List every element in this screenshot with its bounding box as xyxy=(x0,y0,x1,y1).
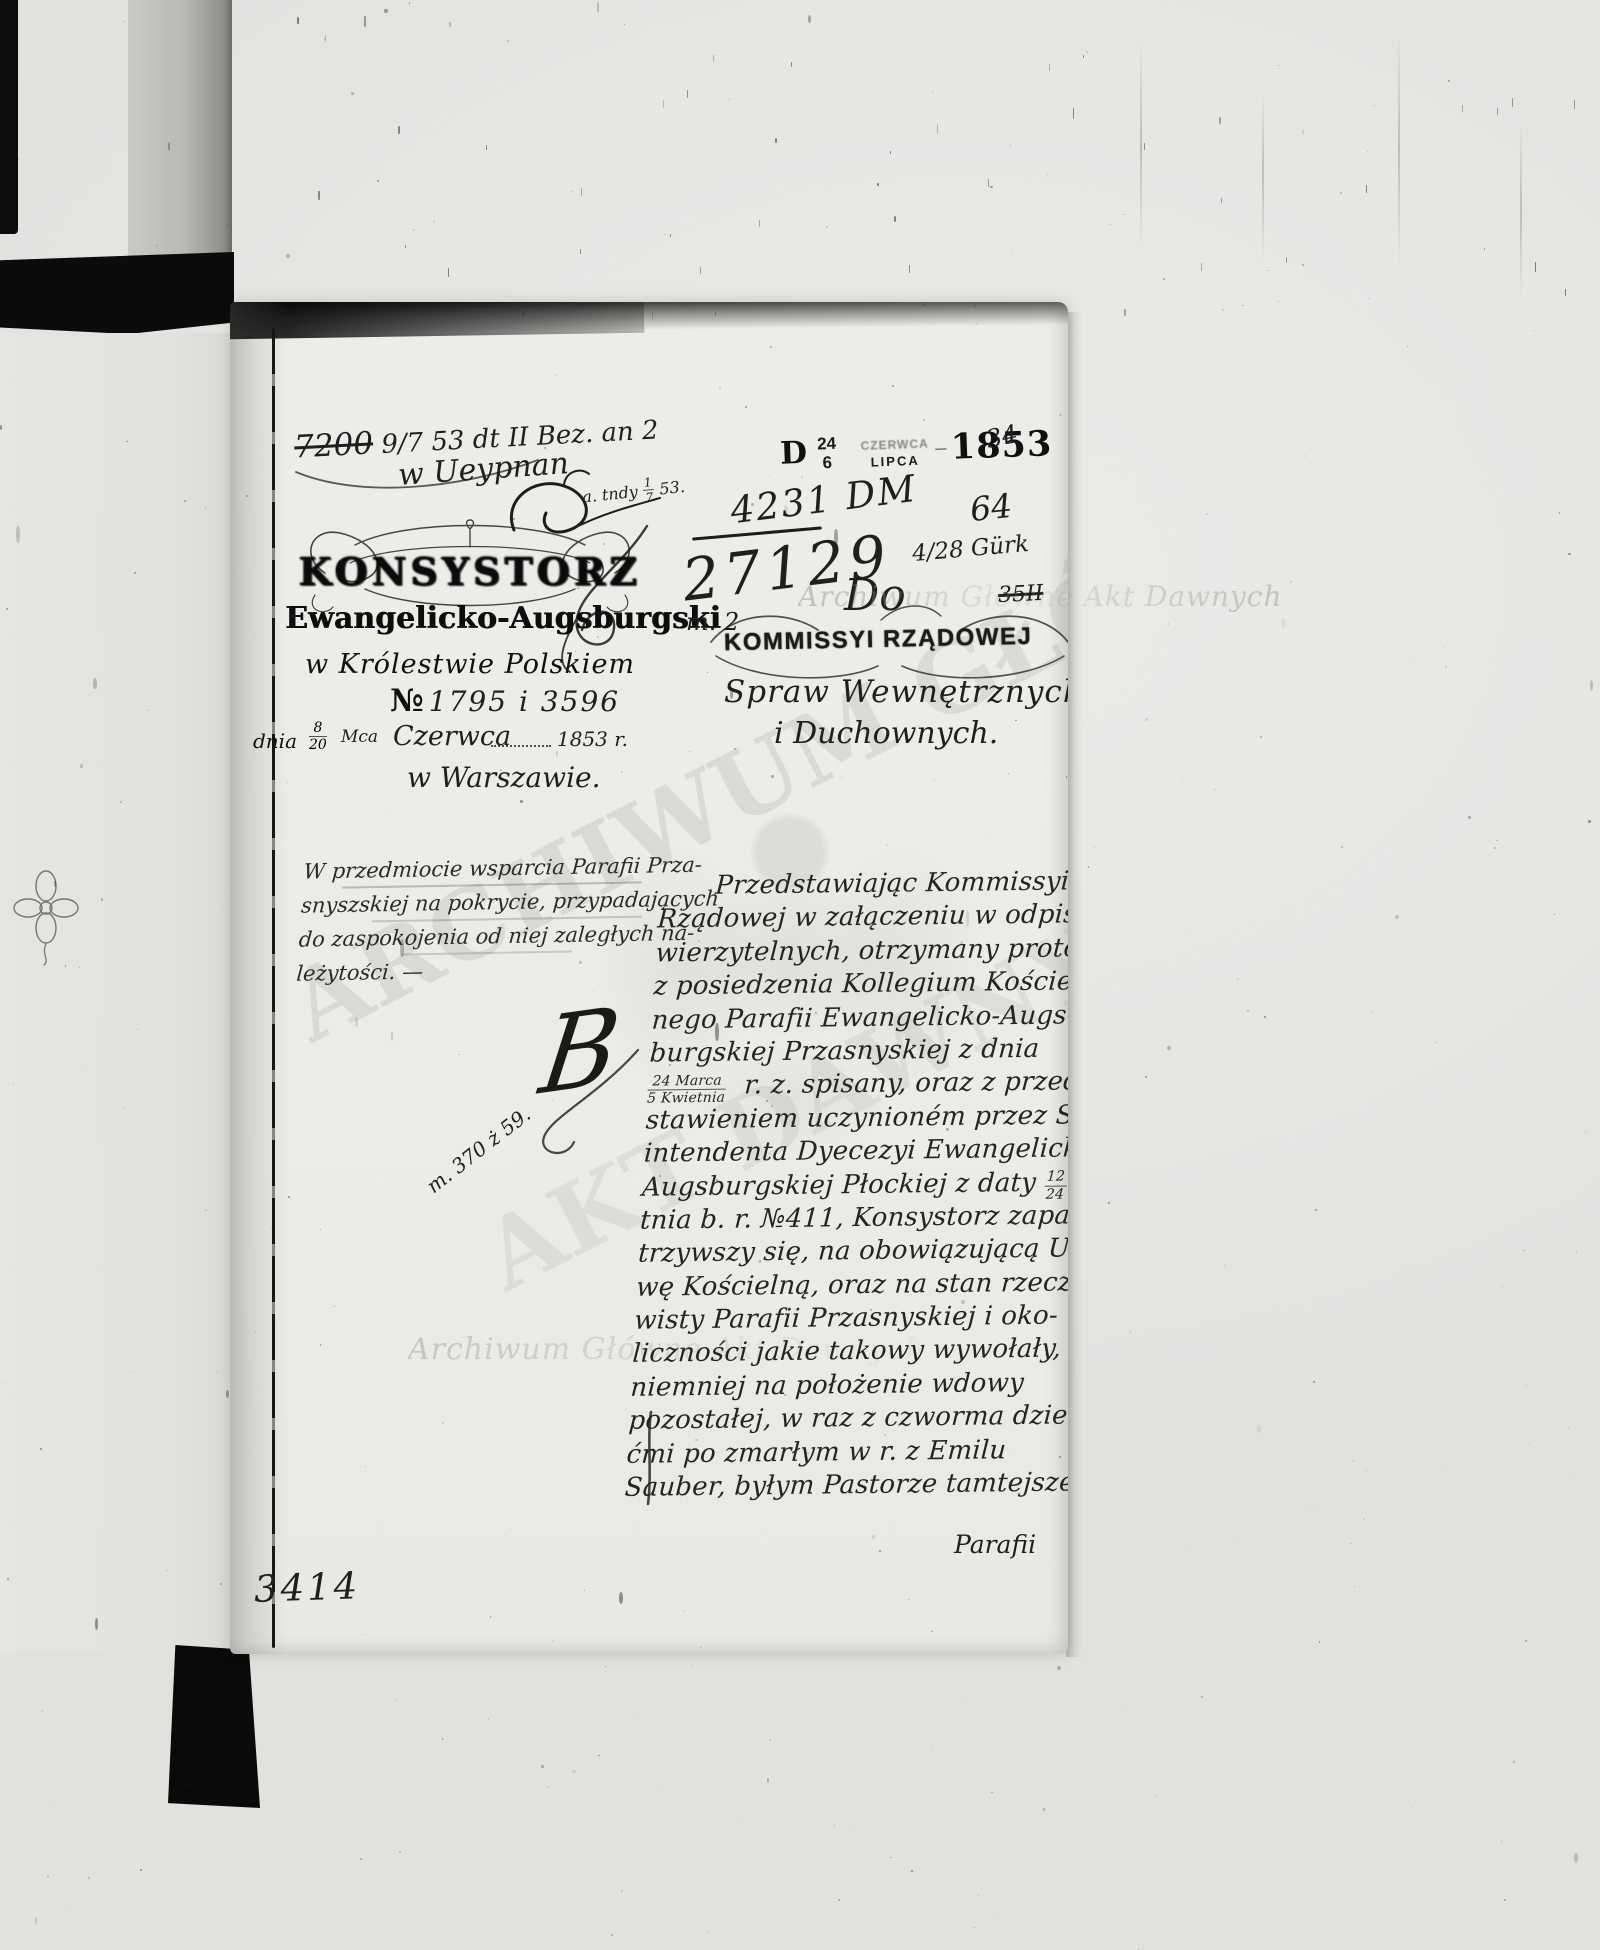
body-line: burgskiej Przasnyskiej z dnia xyxy=(649,1032,1068,1071)
flower-doodle xyxy=(10,866,82,966)
body-line-rest: r. z. spisany, oraz z przed- xyxy=(743,1067,1068,1101)
folio-annotation-64: 64 xyxy=(968,486,1014,529)
body-line: Przedstawiając Kommissyi xyxy=(658,865,1068,904)
body-line-with-date: Augsburgskiej Płockiej z daty 12 24 Kwie… xyxy=(641,1166,1068,1205)
letterhead-date-fraction: 8 20 xyxy=(309,721,327,753)
page-edge-shadow xyxy=(1066,312,1082,1657)
letterhead-title: KONSYSTORZ xyxy=(295,549,645,594)
letterhead-date-dnia: dnia xyxy=(253,729,297,753)
body-line: wisty Parafii Przasnyskiej i oko- xyxy=(633,1299,1068,1338)
date-stamp-prefix: D xyxy=(779,435,807,472)
letterhead-date-dotline xyxy=(491,731,551,747)
body-line-with-date: 24 Marca 5 Kwietnia r. z. spisany, oraz … xyxy=(647,1066,1068,1105)
letterhead-city: w Warszawie. xyxy=(407,761,601,794)
film-edge-strip xyxy=(0,0,18,234)
paraph-frac-bottom: 7 xyxy=(643,490,656,504)
letterhead-date-year: 1853 r. xyxy=(557,727,628,751)
bottom-black-block xyxy=(168,1645,260,1808)
body-line: trzywszy się, na obowiązującą Usta- xyxy=(637,1233,1068,1272)
body-text: Przedstawiając Kommissyi Rządowej w załą… xyxy=(624,865,1068,1505)
letterhead-line2: Ewangelicko-Augsburgski xyxy=(285,601,655,636)
recipient-line2: Spraw Wewnętrznych xyxy=(724,674,1068,710)
initial-flourish xyxy=(526,1042,656,1162)
body-line: ćmi po zmarłym w r. z Emilu xyxy=(626,1433,1068,1472)
letterhead-line3: w Królestwie Polskiem xyxy=(295,649,645,680)
film-scratch xyxy=(1398,30,1400,270)
date-stamp-day-new: 6 xyxy=(815,453,839,472)
recipient-line3: i Duchownych. xyxy=(774,716,998,751)
page-number: 3414 xyxy=(253,1564,361,1611)
exposure-black-band xyxy=(0,252,234,334)
catchword: Parafii xyxy=(954,1530,1036,1559)
letterhead-number-line: № 1795 i 3596 xyxy=(390,683,620,719)
document-page: ARCHIWUM GŁÓWNE AKT DAWNYCH Archiwum Głó… xyxy=(230,302,1068,1654)
letterhead-number-label: № xyxy=(390,683,424,719)
body-line: wierzytelnych, otrzymany protokół xyxy=(655,932,1068,971)
body-line: Sauber, byłym Pastorze tamtejszej xyxy=(624,1467,1066,1506)
body-line: intendenta Dyecezyi Ewangelicko- xyxy=(643,1132,1068,1171)
letterhead-date-mca: Mca xyxy=(341,727,378,747)
facing-page-area xyxy=(0,333,252,1653)
body-line: pozostałej, w raz z czworma dzie- xyxy=(628,1400,1068,1439)
film-scratch xyxy=(1262,90,1264,260)
body-date-fraction: 12 24 xyxy=(1043,1170,1067,1202)
paraph-frac-top: 1 xyxy=(641,476,654,491)
body-date-fraction: 24 Marca 5 Kwietnia xyxy=(647,1074,727,1107)
film-scratch xyxy=(1140,40,1142,250)
margin-bracket-mark xyxy=(644,1408,656,1508)
page-top-edge-dark xyxy=(230,302,644,339)
body-line: z posiedzenia Kollegium Kościel- xyxy=(653,965,1068,1004)
date-stamp-month-old: CZERWCA xyxy=(858,436,931,454)
body-line: wę Kościelną, oraz na stan rzeczy- xyxy=(635,1266,1068,1305)
body-line: stawieniem uczynioném przez Super- xyxy=(645,1099,1068,1138)
body-line: nego Parafii Ewangelicko-Augs- xyxy=(651,999,1068,1038)
body-line-pre: Augsburgskiej Płockiej z daty xyxy=(641,1167,1037,1202)
paraph-year: 53. xyxy=(658,477,685,499)
body-line: tnia b. r. №411, Konsystorz zapa- xyxy=(639,1199,1068,1238)
letterhead-number-value: 1795 i 3596 xyxy=(429,685,620,718)
body-line: liczności jakie takowy wywołały, xyxy=(631,1333,1068,1372)
date-stamp-month-new: LIPCA xyxy=(859,451,932,470)
date-stamp-day-old: 24 xyxy=(815,434,839,453)
film-scratch xyxy=(1520,120,1522,300)
date-stamp-dash: – xyxy=(935,437,947,459)
document-scan: ARCHIWUM GŁÓWNE AKT DAWNYCH Archiwum Głó… xyxy=(0,0,1600,1950)
body-line: Rządowej w załączeniu w odpisach, xyxy=(656,898,1068,937)
body-line: niemniej na położenie wdowy xyxy=(629,1366,1068,1405)
